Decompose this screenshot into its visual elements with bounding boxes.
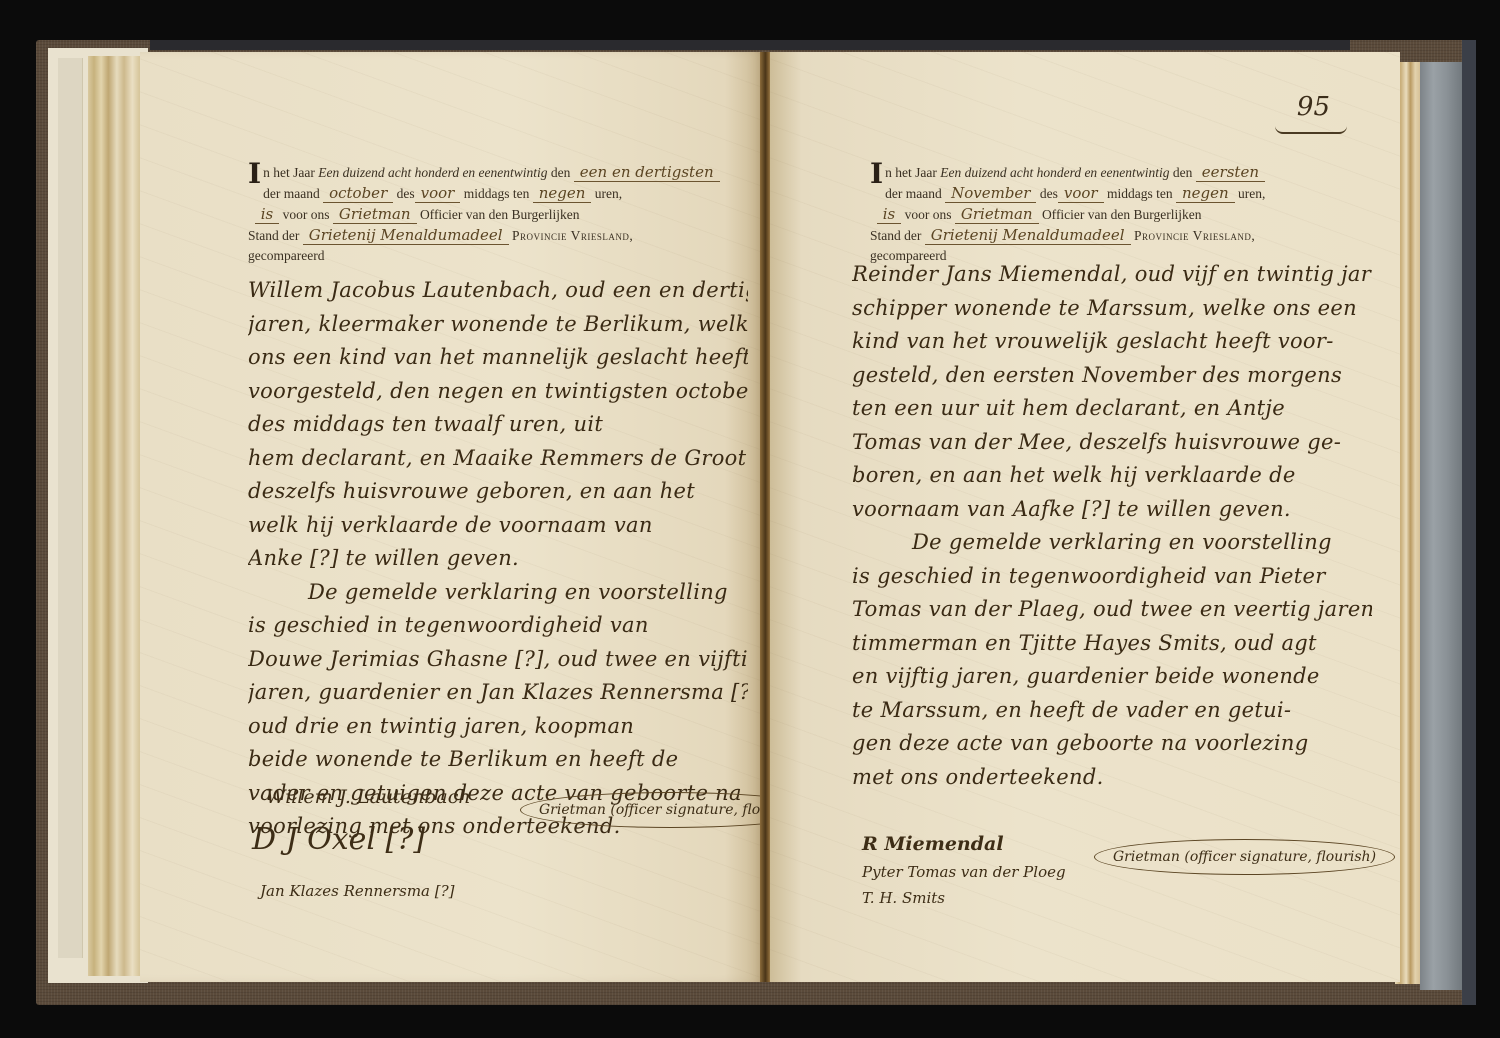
header-line-1: n het Jaar Een duizend acht honderd en e… bbox=[870, 162, 1390, 183]
body-line: Tomas van der Mee, deszelfs huisvrouwe g… bbox=[852, 426, 1372, 460]
dayperiod-handwritten: voor bbox=[1058, 184, 1104, 203]
header-line-3: is voor ons Grietman Officier van den Bu… bbox=[870, 204, 1390, 225]
header-line-1: n het Jaar Een duizend acht honderd en e… bbox=[248, 162, 768, 183]
officer-handwritten: Grietman bbox=[955, 205, 1039, 224]
body-line: boren, en aan het welk hij verklaarde de bbox=[852, 459, 1372, 493]
officer-handwritten: Grietman bbox=[333, 205, 417, 224]
province-label: Provincie Vriesland, bbox=[1134, 228, 1255, 243]
body-line: De gemelde verklaring en voorstelling bbox=[852, 526, 1372, 560]
month-handwritten: october bbox=[323, 184, 393, 203]
left-flyleaf bbox=[58, 58, 83, 958]
right-signatures: R Miemendal Pyter Tomas van der Ploeg T.… bbox=[858, 777, 1358, 937]
dropcap: I bbox=[248, 162, 261, 186]
body-line: beide wonende te Berlikum en heeft de bbox=[248, 743, 748, 777]
header-line-2: der maand November desvoor middags ten n… bbox=[870, 183, 1390, 204]
left-printed-header: I n het Jaar Een duizend acht honderd en… bbox=[248, 162, 768, 266]
dropcap: I bbox=[870, 162, 883, 186]
body-line: te Marssum, en heeft de vader en getui- bbox=[852, 694, 1372, 728]
body-line: voornaam van Aafke [?] te willen geven. bbox=[852, 493, 1372, 527]
right-printed-header: I n het Jaar Een duizend acht honderd en… bbox=[870, 162, 1390, 266]
body-line: jaren, kleermaker wonende te Berlikum, w… bbox=[248, 308, 748, 342]
signature-father: R Miemendal bbox=[862, 833, 1004, 855]
body-line: Willem Jacobus Lautenbach, oud een en de… bbox=[248, 274, 748, 308]
grey-flyleaf bbox=[1420, 62, 1464, 990]
page-number: 95 bbox=[1297, 92, 1330, 122]
header-line-4: Stand der Grietenij Menaldumadeel Provin… bbox=[870, 225, 1390, 246]
right-page[interactable]: 95 I n het Jaar Een duizend acht honderd… bbox=[770, 52, 1400, 982]
right-handwritten-body: Reinder Jans Miemendal, oud vijf en twin… bbox=[852, 258, 1372, 794]
municipality-handwritten: Grietenij Menaldumadeel bbox=[925, 226, 1131, 245]
body-line: ten een uur uit hem declarant, en Antje bbox=[852, 392, 1372, 426]
signature-officer: Grietman (officer signature, flourish) bbox=[1094, 839, 1395, 875]
header-line-4: Stand der Grietenij Menaldumadeel Provin… bbox=[248, 225, 768, 246]
cover-right-edge bbox=[1462, 40, 1476, 1005]
month-handwritten: November bbox=[945, 184, 1036, 203]
body-line: jaren, guardenier en Jan Klazes Rennersm… bbox=[248, 676, 748, 710]
body-line: welk hij verklaarde de voornaam van bbox=[248, 509, 748, 543]
cover-top-edge bbox=[150, 40, 1350, 50]
body-line: is geschied in tegenwoordigheid van bbox=[248, 609, 748, 643]
body-line: kind van het vrouwelijk geslacht heeft v… bbox=[852, 325, 1372, 359]
left-signatures: Willem J. Lautenbach D J Oxel [?] Jan Kl… bbox=[252, 782, 752, 942]
signature-witness-1: D J Oxel [?] bbox=[252, 822, 425, 857]
body-line: en vijftig jaren, guardenier beide wonen… bbox=[852, 660, 1372, 694]
body-line: schipper wonende te Marssum, welke ons e… bbox=[852, 292, 1372, 326]
day-handwritten: eersten bbox=[1196, 163, 1265, 182]
body-line: deszelfs huisvrouwe geboren, en aan het bbox=[248, 475, 748, 509]
body-line: De gemelde verklaring en voorstelling bbox=[248, 576, 748, 610]
signature-witness-2: T. H. Smits bbox=[862, 889, 945, 907]
body-line: timmerman en Tjitte Hayes Smits, oud agt bbox=[852, 627, 1372, 661]
body-line: ons een kind van het mannelijk geslacht … bbox=[248, 341, 748, 375]
municipality-handwritten: Grietenij Menaldumadeel bbox=[303, 226, 509, 245]
left-handwritten-body: Willem Jacobus Lautenbach, oud een en de… bbox=[248, 274, 748, 844]
body-line: hem declarant, en Maaike Remmers de Groo… bbox=[248, 442, 748, 476]
dayperiod-handwritten: voor bbox=[415, 184, 461, 203]
signature-witness-1: Pyter Tomas van der Ploeg bbox=[862, 863, 1066, 881]
body-line: gen deze acte van geboorte na voorlezing bbox=[852, 727, 1372, 761]
body-line: oud drie en twintig jaren, koopman bbox=[248, 710, 748, 744]
body-line: Anke [?] te willen geven. bbox=[248, 542, 748, 576]
body-line: Reinder Jans Miemendal, oud vijf en twin… bbox=[852, 258, 1372, 292]
province-label: Provincie Vriesland, bbox=[512, 228, 633, 243]
body-line: gesteld, den eersten November des morgen… bbox=[852, 359, 1372, 393]
body-line: voorgesteld, den negen en twintigsten oc… bbox=[248, 375, 748, 409]
signature-father: Willem J. Lautenbach bbox=[266, 786, 471, 808]
body-line: Tomas van der Plaeg, oud twee en veertig… bbox=[852, 593, 1372, 627]
day-handwritten: een en dertigsten bbox=[574, 163, 720, 182]
left-page-edges bbox=[88, 56, 148, 976]
left-fore-edge-stack bbox=[48, 48, 148, 983]
left-page[interactable]: I n het Jaar Een duizend acht honderd en… bbox=[140, 52, 762, 982]
hour-handwritten: negen bbox=[533, 184, 592, 203]
header-line-3: is voor ons Grietman Officier van den Bu… bbox=[248, 204, 768, 225]
header-line-5: gecompareerd bbox=[248, 246, 768, 266]
body-line: is geschied in tegenwoordigheid van Piet… bbox=[852, 560, 1372, 594]
body-line: des middags ten twaalf uren, uit bbox=[248, 408, 748, 442]
body-line: Douwe Jerimias Ghasne [?], oud twee en v… bbox=[248, 643, 748, 677]
hour-handwritten: negen bbox=[1176, 184, 1235, 203]
signature-witness-2: Jan Klazes Rennersma [?] bbox=[260, 882, 455, 900]
header-line-2: der maand october desvoor middags ten ne… bbox=[248, 183, 768, 204]
